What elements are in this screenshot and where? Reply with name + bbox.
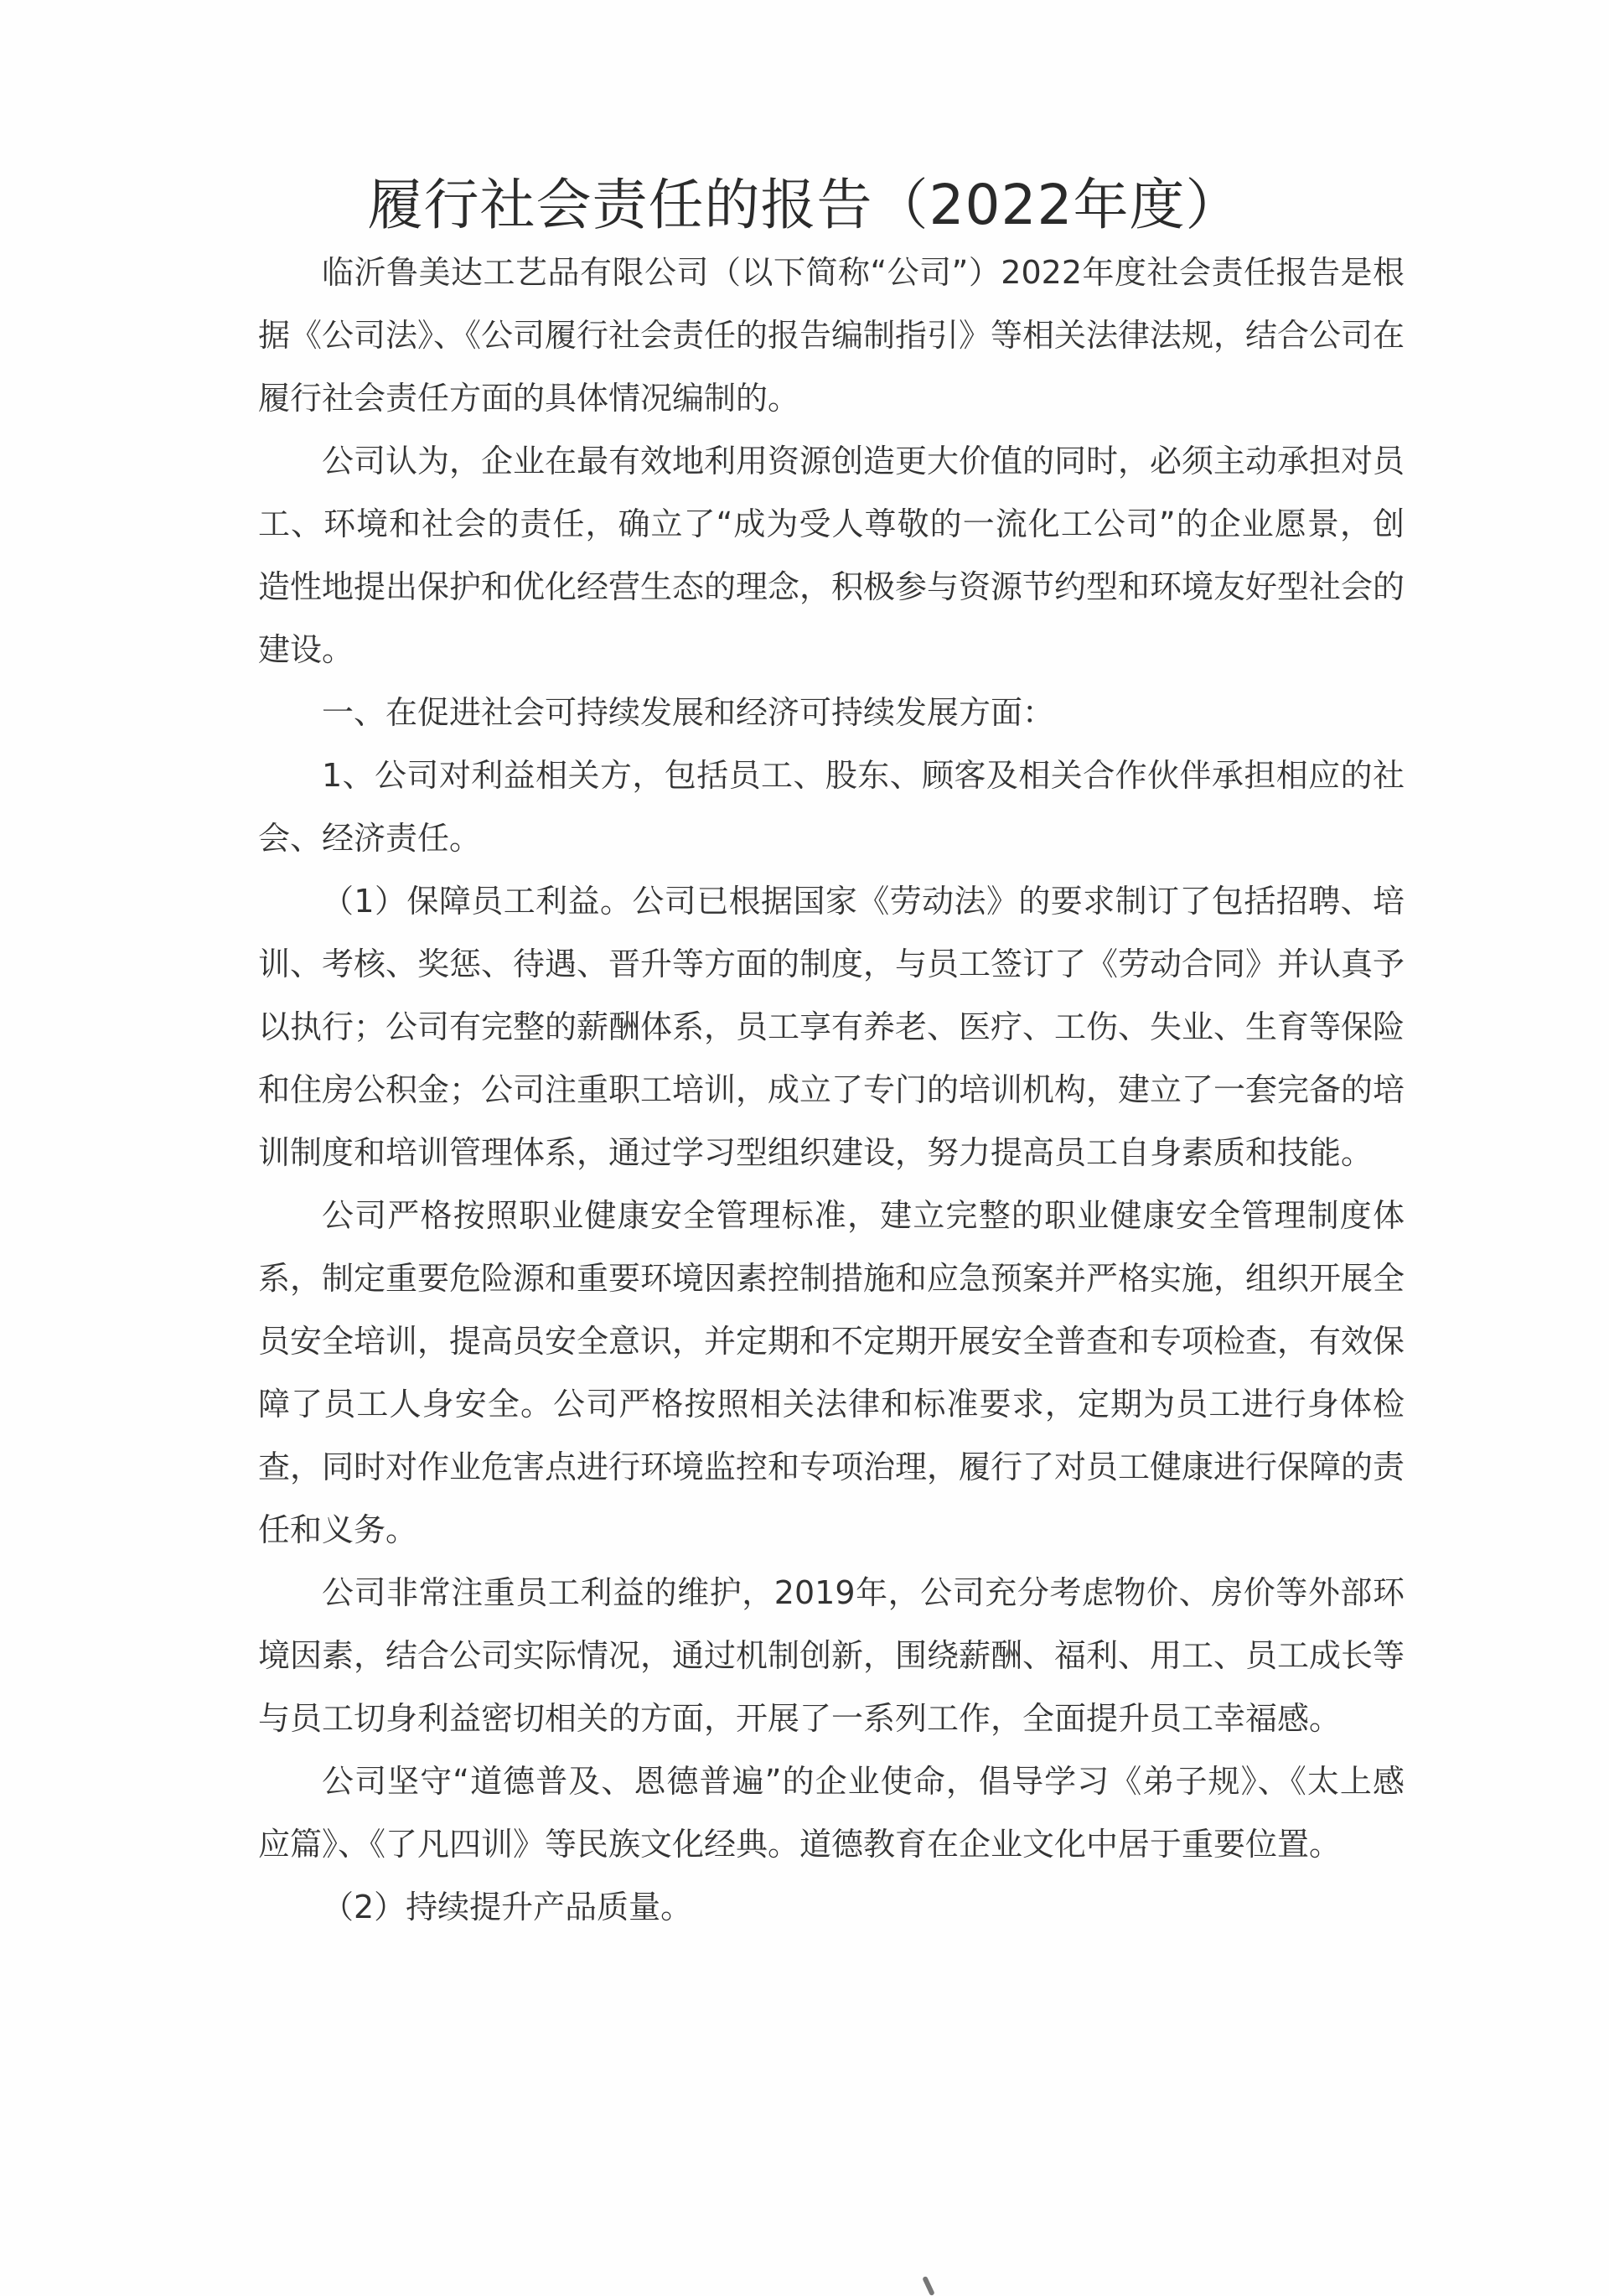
item-1-paragraph: 1、公司对利益相关方，包括员工、股东、顾客及相关合作伙伴承担相应的社会、经济责任…	[258, 744, 1405, 870]
report-title: 履行社会责任的报告（2022年度）	[0, 168, 1609, 243]
scanned-page: 履行社会责任的报告（2022年度） 临沂鲁美达工艺品有限公司（以下简称“公司”）…	[0, 0, 1609, 2296]
employee-interests-paragraph: （1）保障员工利益。公司已根据国家《劳动法》的要求制订了包括招聘、培训、考核、奖…	[258, 870, 1405, 1184]
mission-paragraph: 公司坚守“道德普及、恩德普遍”的企业使命，倡导学习《弟子规》、《太上感应篇》、《…	[258, 1750, 1405, 1876]
scan-mark	[922, 2276, 935, 2296]
product-quality-heading: （2）持续提升产品质量。	[258, 1876, 1405, 1939]
section-heading-1: 一、在促进社会可持续发展和经济可持续发展方面：	[258, 682, 1405, 744]
safety-paragraph: 公司严格按照职业健康安全管理标准，建立完整的职业健康安全管理制度体系，制定重要危…	[258, 1184, 1405, 1562]
intro-paragraph: 临沂鲁美达工艺品有限公司（以下简称“公司”）2022年度社会责任报告是根据《公司…	[258, 241, 1405, 430]
employee-welfare-paragraph: 公司非常注重员工利益的维护，2019年，公司充分考虑物价、房价等外部环境因素，结…	[258, 1562, 1405, 1750]
report-body: 临沂鲁美达工艺品有限公司（以下简称“公司”）2022年度社会责任报告是根据《公司…	[258, 241, 1405, 1939]
vision-paragraph: 公司认为，企业在最有效地利用资源创造更大价值的同时，必须主动承担对员工、环境和社…	[258, 430, 1405, 682]
